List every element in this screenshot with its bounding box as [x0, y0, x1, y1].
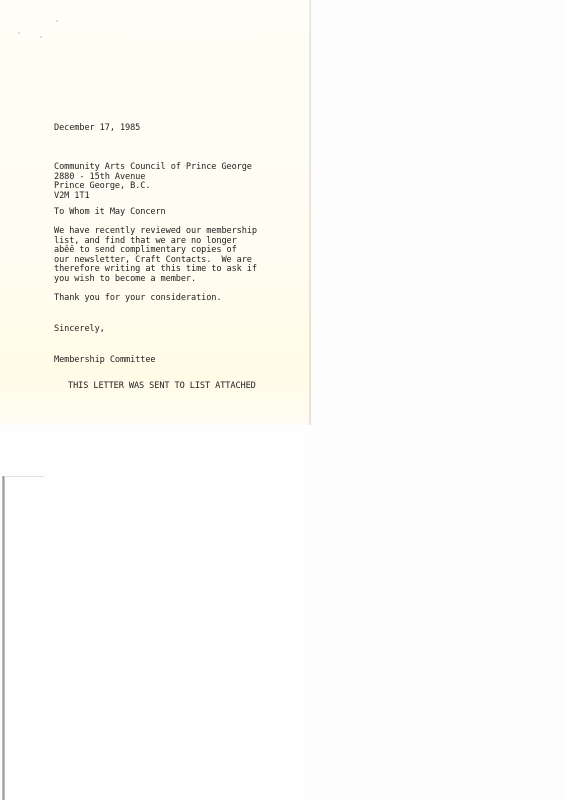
letter-body: December 17, 1985 Community Arts Council… — [54, 0, 64, 230]
scan-background — [0, 425, 311, 800]
paper-speck — [40, 36, 42, 38]
attachment-note: THIS LETTER WAS SENT TO LIST ATTACHED — [68, 382, 256, 392]
paper-speck — [18, 32, 20, 34]
scan-edge-rule — [2, 476, 5, 800]
recipient-postal-code: V2M 1T1 — [54, 192, 90, 202]
closing-line: Thank you for your consideration. — [54, 294, 221, 304]
sign-off: Sincerely, — [54, 325, 105, 335]
signatory: Membership Committee — [54, 356, 155, 366]
salutation: To Whom it May Concern — [54, 208, 166, 218]
scan-edge-tick — [4, 476, 44, 477]
paper-torn-edge — [309, 0, 311, 430]
letter-date: December 17, 1985 — [54, 124, 140, 134]
body-line: you wish to become a member. — [54, 275, 196, 285]
